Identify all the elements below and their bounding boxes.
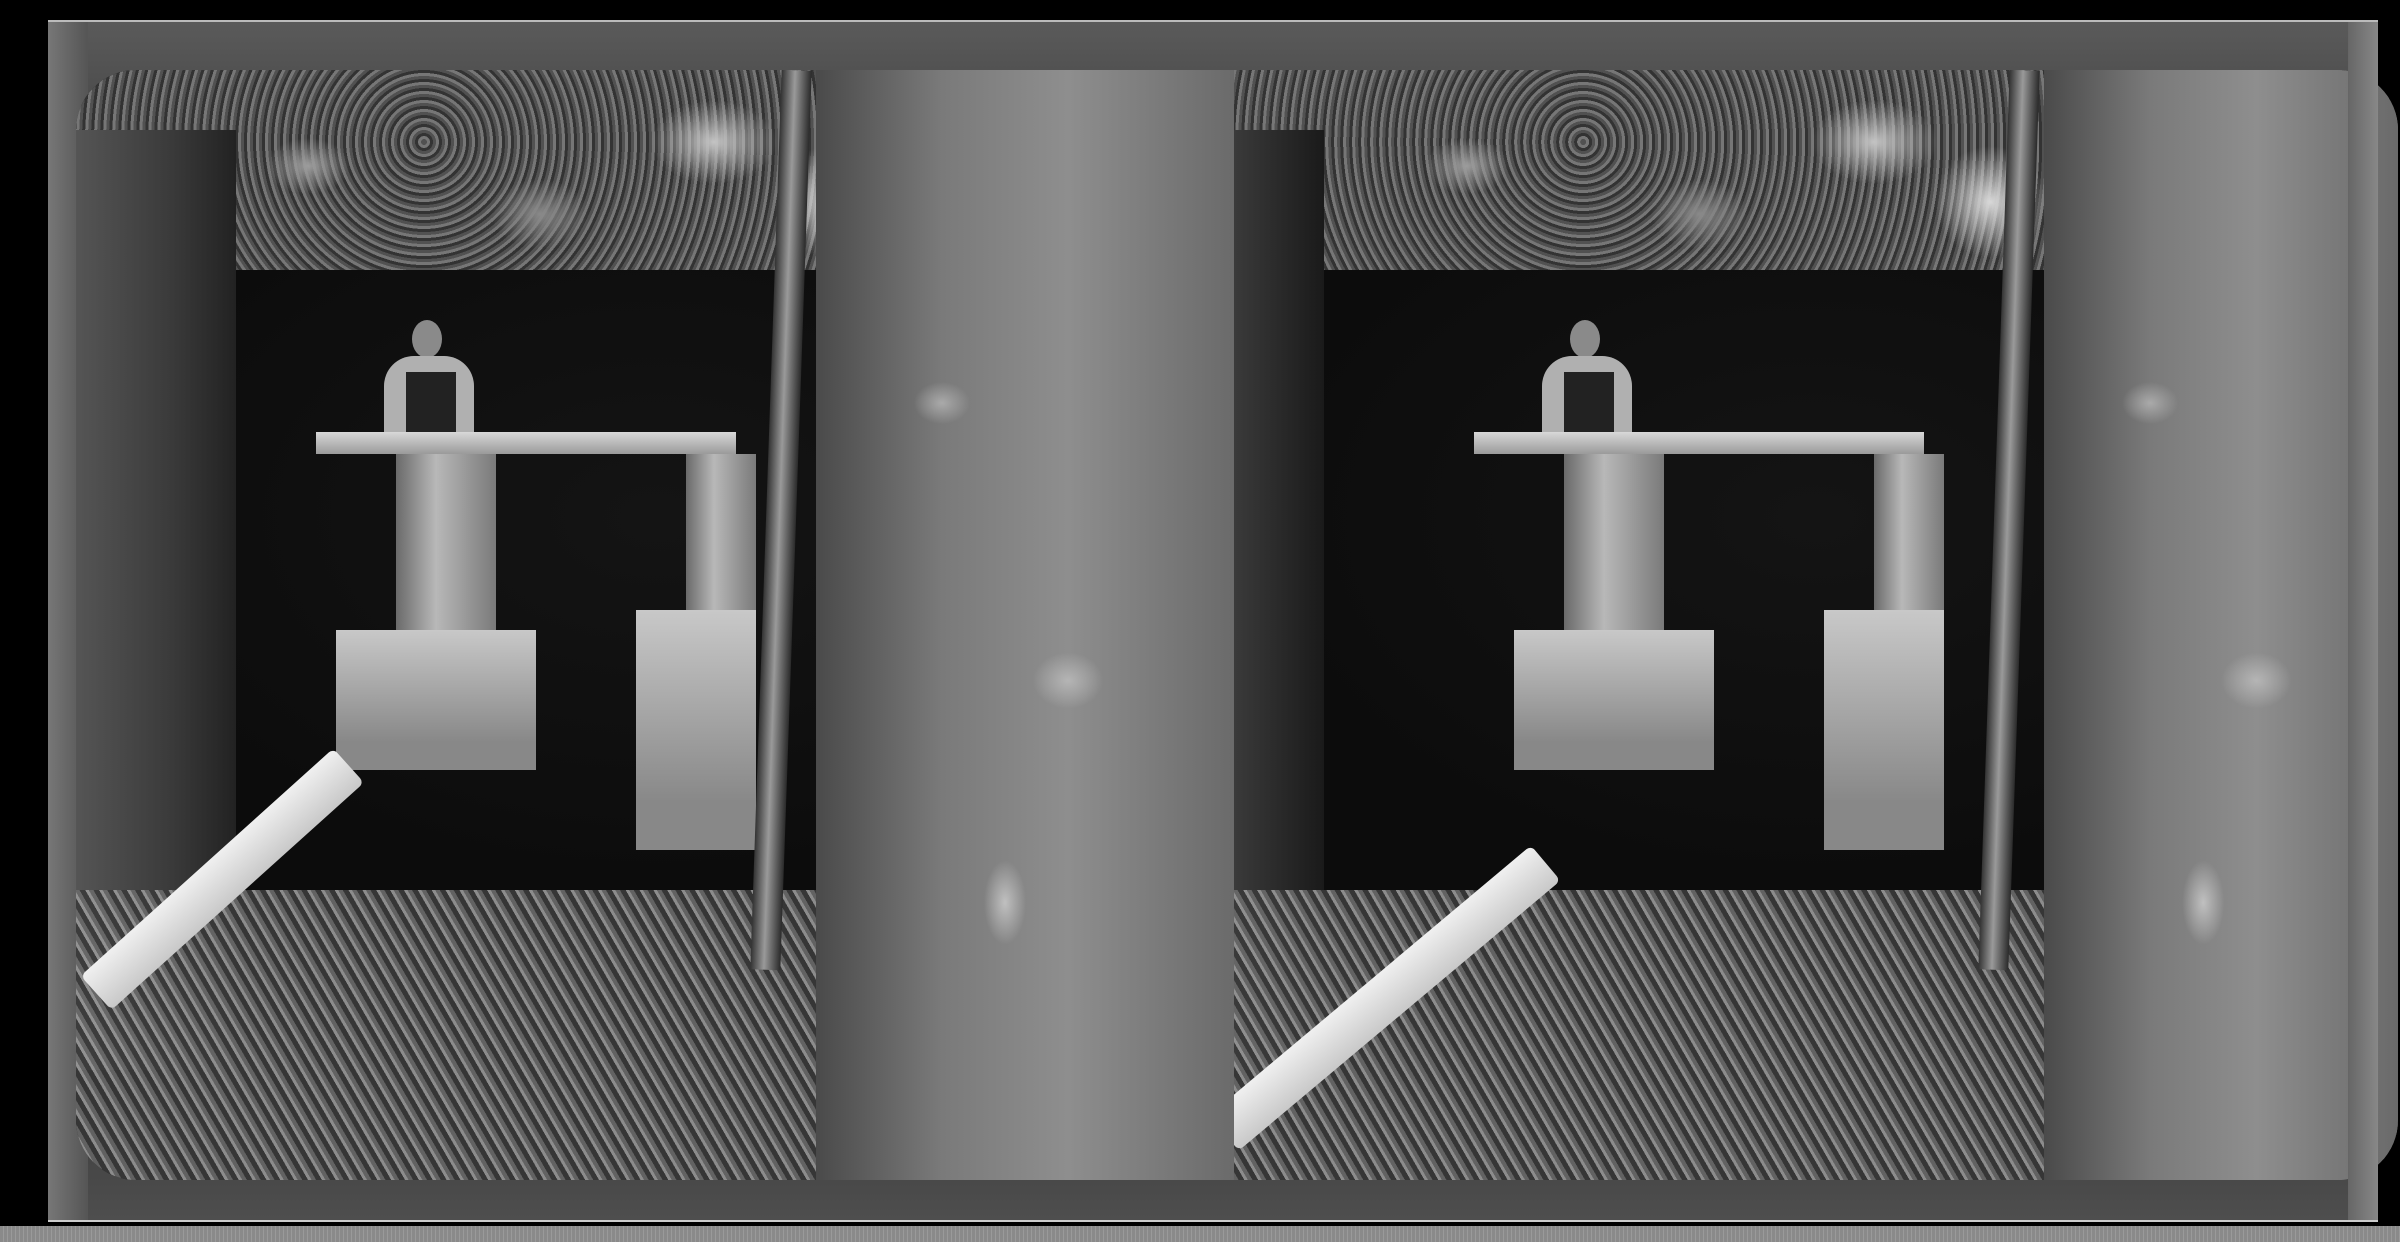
stone-base	[1514, 630, 1714, 770]
stone-base	[336, 630, 536, 770]
scan-background-strip	[0, 1226, 2400, 1242]
glass-plate	[48, 20, 2378, 1222]
stone-pillar	[686, 454, 756, 614]
wooden-beam	[1474, 432, 1924, 454]
stone-base	[636, 610, 756, 850]
man-head	[412, 320, 442, 358]
stone-pillar	[396, 454, 496, 634]
man-apron	[1564, 372, 1614, 440]
stone-slab	[2044, 70, 2398, 1180]
stone-pillar	[1874, 454, 1944, 614]
man-head	[1570, 320, 1600, 358]
wooden-beam	[316, 432, 736, 454]
man-in-apron	[376, 320, 476, 440]
stone-pillar	[1564, 454, 1664, 634]
man-apron	[406, 372, 456, 440]
stereo-frame-right	[1234, 70, 2398, 1180]
stone-base	[1824, 610, 1944, 850]
stone-slab	[816, 70, 1236, 1180]
man-in-apron	[1534, 320, 1634, 440]
stereo-frame-left	[76, 70, 1236, 1180]
